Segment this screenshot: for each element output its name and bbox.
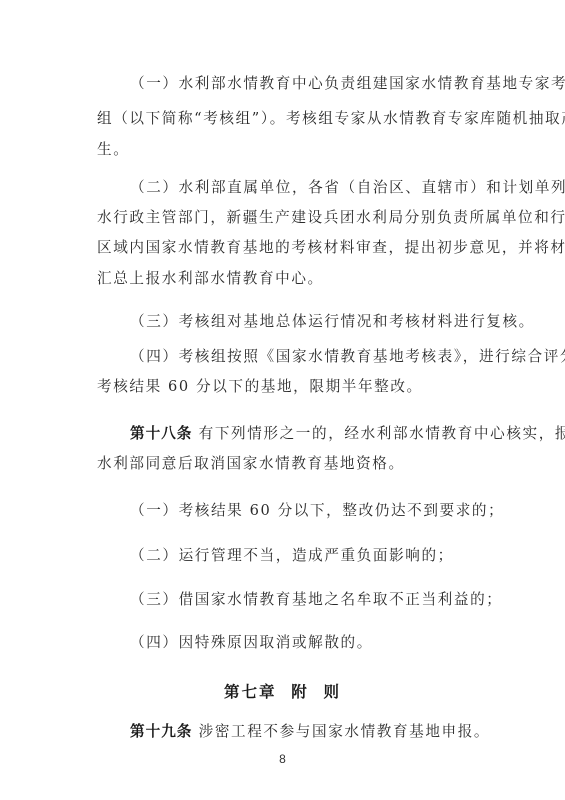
page-number: 8	[0, 752, 565, 766]
para2-line4: 汇总上报水利部水情教育中心。	[97, 270, 324, 288]
article19-label: 第十九条	[130, 723, 192, 740]
item1: （一）考核结果 60 分以下，整改仍达不到要求的；	[130, 502, 504, 520]
para2-line3: 区域内国家水情教育基地的考核材料审查，提出初步意见，并将材料	[97, 239, 565, 257]
article18-text: 有下列情形之一的，经水利部水情教育中心核实，报	[199, 425, 565, 442]
para1-line3: 生。	[97, 141, 129, 159]
para2-line1: （二）水利部直属单位，各省（自治区、直辖市）和计划单列市	[130, 179, 565, 197]
para3-line1: （三）考核组对基地总体运行情况和考核材料进行复核。	[130, 313, 535, 331]
para1-line2: 组（以下简称“考核组”）。考核组专家从水情教育专家库随机抽取产	[97, 110, 565, 128]
para2-line2: 水行政主管部门，新疆生产建设兵团水利局分别负责所属单位和行政	[97, 209, 565, 227]
item4: （四）因特殊原因取消或解散的。	[130, 634, 373, 652]
article19-text: 涉密工程不参与国家水情教育基地申报。	[199, 723, 491, 740]
article18-line2: 水利部同意后取消国家水情教育基地资格。	[97, 455, 405, 473]
item2: （二）运行管理不当，造成严重负面影响的；	[130, 547, 454, 565]
item3: （三）借国家水情教育基地之名牟取不正当利益的；	[130, 591, 502, 609]
article19-line: 第十九条 涉密工程不参与国家水情教育基地申报。	[130, 723, 490, 741]
article18-line1: 第十八条 有下列情形之一的，经水利部水情教育中心核实，报	[130, 425, 565, 443]
article18-label: 第十八条	[130, 425, 192, 442]
para1-line1: （一）水利部水情教育中心负责组建国家水情教育基地专家考核	[130, 75, 565, 93]
chapter-heading: 第七章 附 则	[0, 680, 565, 702]
para4-line2: 考核结果 60 分以下的基地，限期半年整改。	[97, 378, 423, 396]
para4-line1: （四）考核组按照《国家水情教育基地考核表》，进行综合评分。	[130, 348, 565, 366]
